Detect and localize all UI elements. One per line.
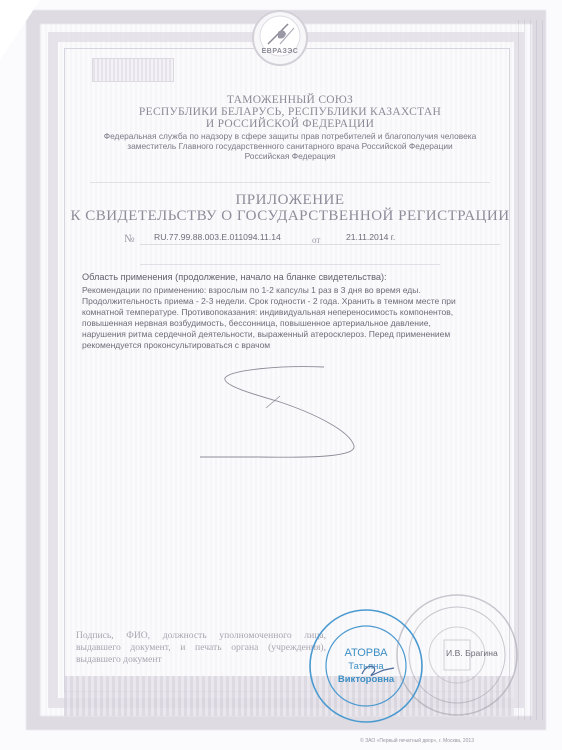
signer-name: И.В. Брагина: [446, 648, 498, 658]
header-country: Российская Федерация: [60, 151, 520, 161]
header-agency: Федеральная служба по надзору в сфере за…: [60, 131, 520, 141]
security-lines: [518, 20, 548, 720]
body-line: Продолжительность приема - 2-3 недели. С…: [82, 296, 502, 307]
registration-number: RU.77.99.88.003.E.011094.11.14: [154, 232, 281, 242]
body-line: нарушения ритма сердечной деятельности, …: [82, 329, 502, 340]
scope-heading: Область применения (продолжение, начало …: [82, 272, 502, 283]
emblem-label: ЕВРАЗЭС: [252, 48, 308, 55]
z-line-signature-mark: [200, 350, 400, 500]
header-republics: РЕСПУБЛИКИ БЕЛАРУСЬ, РЕСПУБЛИКИ КАЗАХСТА…: [60, 106, 520, 118]
signature-caption: Подпись, ФИО, должность уполномоченного …: [76, 630, 326, 666]
stamp-name-3: Викторовна: [338, 674, 395, 685]
header-deputy: заместитель Главного государственного са…: [60, 141, 520, 151]
registration-number-row: № RU.77.99.88.003.E.011094.11.14 от 21.1…: [120, 232, 500, 246]
body-line: комнатной температуре. Противопоказания:…: [82, 307, 502, 318]
stamp-name-1: АТОРВА: [345, 647, 389, 659]
registration-date: 21.11.2014 г.: [346, 232, 395, 242]
header-customs-union: ТАМОЖЕННЫЙ СОЮЗ: [60, 94, 520, 106]
body-line: Рекомендации по применению: взрослым по …: [82, 285, 502, 296]
entrepreneur-stamp: АТОРВА Татьяна Викторовна: [306, 606, 426, 726]
document-title: ПРИЛОЖЕНИЕ: [60, 192, 520, 209]
stamp-name-2: Татьяна: [348, 661, 384, 672]
folded-corner: [0, 0, 40, 60]
date-caption-line: [140, 258, 440, 265]
number-label: №: [124, 233, 135, 245]
header-russian-federation: И РОССИЙСКОЙ ФЕДЕРАЦИИ: [60, 118, 520, 130]
eurasec-emblem-icon: [250, 10, 310, 70]
body-line: повышенная нервная возбудимость, бессонн…: [82, 318, 502, 329]
issuer-underline: [90, 176, 490, 183]
scope-of-application: Область применения (продолжение, начало …: [82, 272, 502, 351]
number-underline: [140, 244, 500, 245]
serial-number-box: [92, 58, 174, 82]
printer-footnote: © ЗАО «Первый печатный двор», г. Москва,…: [360, 738, 474, 744]
document-subtitle: К СВИДЕТЕЛЬСТВУ О ГОСУДАРСТВЕННОЙ РЕГИСТ…: [60, 208, 520, 225]
